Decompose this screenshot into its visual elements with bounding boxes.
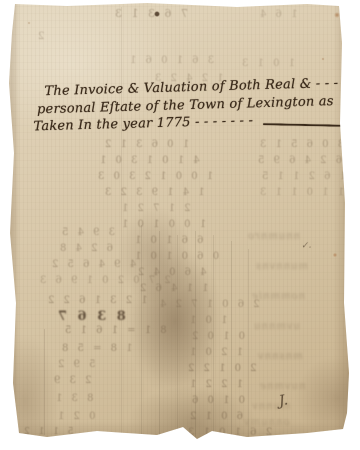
bleedthrough-text: 1 1 4 6 2 [137,283,209,294]
bleedthrough-text: 8 3 6 7 [55,309,126,324]
bleedthrough-text: 7 6 3 1 3 [112,7,188,20]
bleedthrough-text: 2 3 9 [51,375,91,386]
manuscript-page: 7 6 3 1 31 6 423 6 1 0 6 11 0 1 31 2 4 2… [7,3,349,441]
bleedthrough-text: 5 1 1 2 [21,427,74,437]
bleedthrough-text: 6 6 1 0 1 [132,235,204,246]
bleedthrough-text: 1 2 0 1 [187,347,243,358]
bleedthrough-text: munnvns [255,261,308,272]
bleedthrough-text: 1 2 3 1 6 2 2 [45,295,148,306]
bleedthrough-text: 1 0 6 3 1 2 [102,139,189,150]
bleedthrough-text: mnsnnv [257,351,303,362]
bleedthrough-text: 0 6 0 1 0 1 [132,251,219,262]
bleedthrough-column-rule [248,249,249,437]
bleedthrough-text: 1 0 1 [187,315,227,326]
bleedthrough-text: 6 0 1 2 [187,411,243,422]
bleedthrough-text: 8 3 1 [53,393,93,404]
ink-flourish-mark: J. [278,392,289,409]
bleedthrough-column-rule [44,329,45,435]
ink-flourish-mark: ✓. [301,241,312,252]
bleedthrough-text: uvmnnu [253,321,300,332]
bleedthrough-text: 0 2 1 [55,411,95,422]
bleedthrough-text: 2 0 1 2 2 [185,363,257,374]
bleedthrough-text: 6 2 4 8 [57,243,113,254]
bleedthrough-text: 1 0 1 3 [239,58,295,69]
bleedthrough-text: 1 8 = 5 8 [59,343,133,354]
bleedthrough-text: 1 6 2 4 6 9 5 [255,155,358,166]
bleedthrough-text: 8 1 = 1 6 1 5 [62,325,167,336]
scanned-document-image: 7 6 3 1 31 6 423 6 1 0 6 11 0 1 31 2 4 2… [0,0,360,450]
bleedthrough-text: 2 6 0 1 7 2 4 [157,299,260,310]
bleedthrough-text: 1 1 0 1 1 3 [257,187,344,198]
bleedthrough-text: 3 9 4 5 [59,227,115,238]
bleedthrough-text: nnumnro [247,231,300,242]
bleedthrough-text: 1 1 6 2 1 1 5 [259,171,360,182]
bleedthrough-text: 2 [35,31,44,42]
bleedthrough-text: onnumv [243,417,289,428]
bleedthrough-text: 0 1 0 6 [189,395,245,406]
bleedthrough-text: 1 0 0 1 0 1 [119,219,206,230]
bleedthrough-text: 1 4 1 9 3 2 3 [102,187,205,198]
bleedthrough-text: 2 6 1 0 1 3 [185,427,272,438]
bleedthrough-text: 3 6 1 0 6 1 [127,55,214,66]
bleedthrough-text: 1 0 0 1 2 3 0 3 [95,171,213,182]
bleedthrough-text: 1 2 2 1 [187,379,243,390]
bleedthrough-text: nuvmne [259,381,305,392]
bleedthrough-text: 1 6 4 [257,9,297,20]
bleedthrough-text: nommnie [251,291,305,302]
bleedthrough-text: 4 9 4 6 5 2 [49,259,136,270]
bleedthrough-text: 0 1 0 2 [189,331,245,342]
bleedthrough-column-rule [177,235,178,437]
bleedthrough-text: 2 1 7 2 1 [119,203,191,214]
bleedthrough-text: 5 9 2 [55,359,95,370]
bleedthrough-text: 4 1 0 1 3 0 1 [97,155,200,166]
bleedthrough-text: 3 0 6 5 1 3 [257,139,344,150]
manuscript-title: The Invoice & Valuation of Both Real & -… [32,75,349,136]
